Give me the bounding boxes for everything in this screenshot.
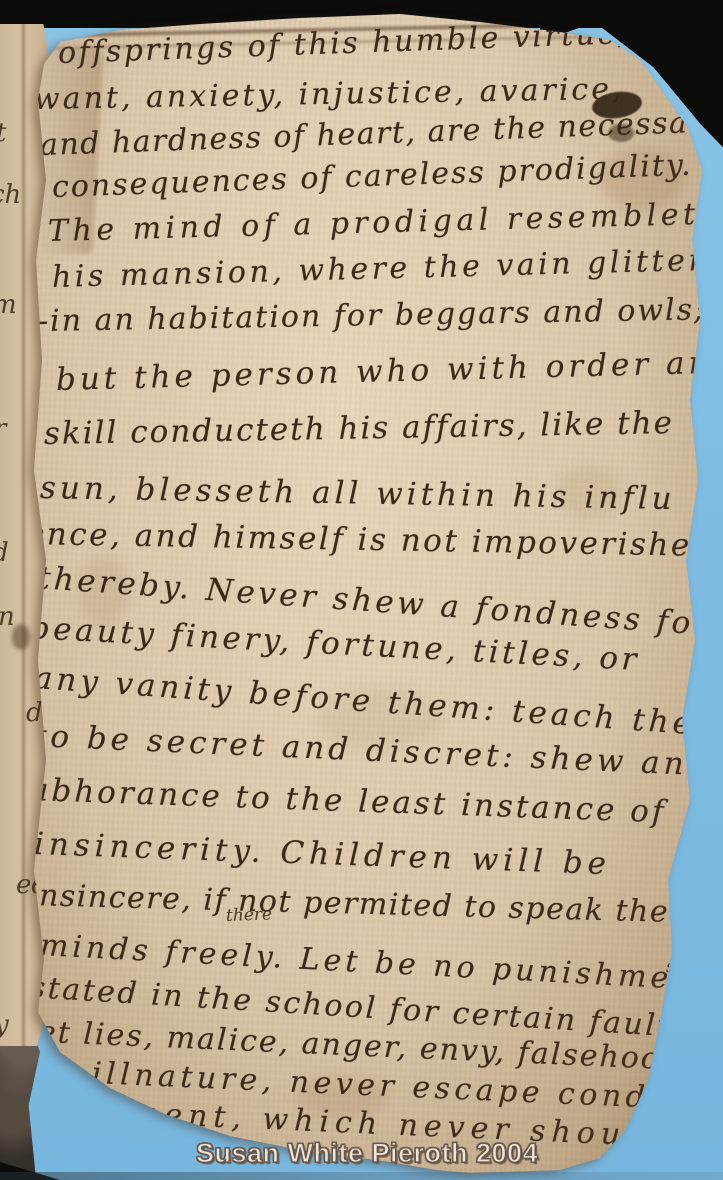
paper-surface: offsprings of this humble virtue; as wan… <box>0 0 723 1180</box>
paper-edge-vignette <box>0 0 723 1180</box>
scanned-manuscript-page: t ch m r d n ds ed y offsprings of thi <box>0 0 723 1180</box>
watermark: Susan White Pieroth 2004 <box>196 1138 538 1169</box>
bottom-scan-edge <box>0 1172 723 1180</box>
manuscript-leaf: offsprings of this humble virtue; as wan… <box>0 0 723 1180</box>
